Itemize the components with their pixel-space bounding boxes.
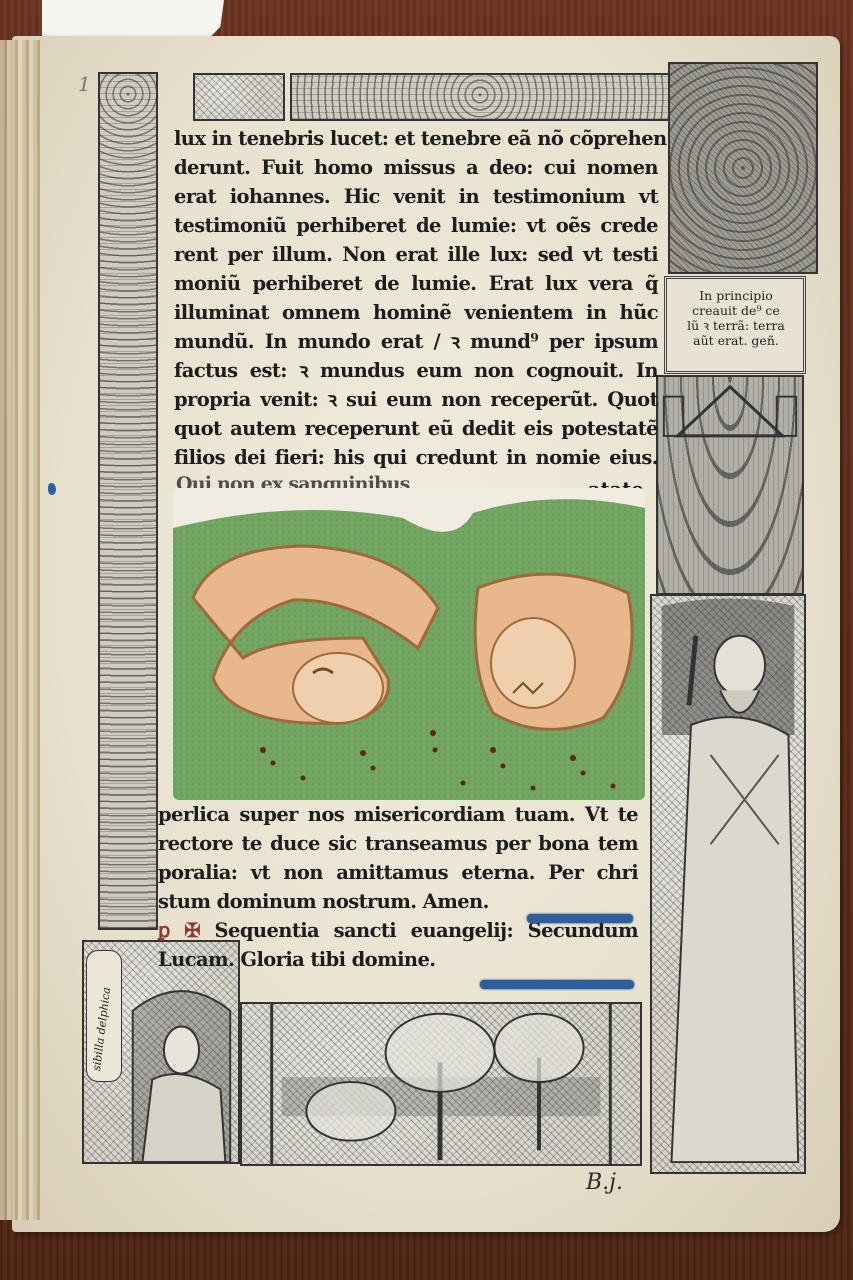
- top-border-woodcut-small: [193, 73, 285, 121]
- text-line: illuminat omnem hominẽ venientem in hũc: [174, 298, 658, 327]
- main-text-upper: lux in tenebris lucet: et tenebre eã nõ …: [174, 124, 658, 472]
- text-line: poralia: vt non amittamus eterna. Per ch…: [158, 858, 638, 887]
- landscape-woodcut: [240, 1002, 642, 1166]
- text-line: mundũ. In mundo erat / ꝛ mund⁹ per ipsum: [174, 327, 658, 356]
- cartouche-line: aũt erat. geñ.: [674, 333, 798, 348]
- reclining-figures-illustration: [173, 488, 645, 800]
- rubric-marker: ꝑ ✠: [158, 919, 200, 942]
- flagellation-woodcut: [668, 62, 818, 274]
- blue-line-filler: [527, 914, 633, 923]
- left-border-woodcut: [98, 72, 158, 930]
- cartouche-text: In principio creauit de⁹ ce lũ ꝛ terrã: …: [674, 288, 798, 348]
- text-line: stum dominum nostrum. Amen.: [158, 887, 638, 916]
- text-line: filios dei fieri: his qui credunt in nom…: [174, 443, 658, 472]
- ink-spot: [48, 483, 56, 495]
- text-line: rectore te duce sic transeamus per bona …: [158, 829, 638, 858]
- cartouche-line: lũ ꝛ terrã: terra: [674, 318, 798, 333]
- folio-pencil-mark: 1: [78, 72, 91, 96]
- cartouche-line: In principio: [674, 288, 798, 303]
- signature-mark: B.j.: [586, 1170, 623, 1195]
- text-line: lux in tenebris lucet: et tenebre eã nõ …: [174, 124, 658, 153]
- blue-line-filler: [480, 980, 634, 989]
- text-line: perlica super nos misericordiam tuam. Vt…: [158, 800, 638, 829]
- prophet-figure-icon: [652, 596, 804, 1172]
- text-line: moniũ perhiberet de lumie. Erat lux vera…: [174, 269, 658, 298]
- sequence-line-2: Lucam. Gloria tibi domine.: [158, 945, 638, 974]
- text-line: propria venit: ꝛ sui eum non receperũt. …: [174, 385, 658, 414]
- main-text-lower: perlica super nos misericordiam tuam. Vt…: [158, 800, 638, 974]
- trees-landscape-icon: [242, 1004, 640, 1164]
- binding-edge: [0, 40, 40, 1220]
- text-line: factus est: ꝛ mundus eum non cognouit. I…: [174, 356, 658, 385]
- top-border-woodcut-floral: [290, 73, 670, 121]
- hand-colored-miniature: [173, 488, 645, 800]
- text-line: derunt. Fuit homo missus a deo: cui nome…: [174, 153, 658, 182]
- roof-gable-icon: [658, 377, 802, 593]
- text-line: erat iohannes. Hic venit in testimonium …: [174, 182, 658, 211]
- cartouche-line: creauit de⁹ ce: [674, 303, 798, 318]
- architecture-clouds-woodcut: [656, 375, 804, 595]
- text-line: quot autem receperunt eũ dedit eis potes…: [174, 414, 658, 443]
- paper-scrap: [42, 0, 224, 38]
- prophet-woodcut: [650, 594, 806, 1174]
- text-line: testimoniũ perhiberet de lumie: vt oẽs c…: [174, 211, 658, 240]
- text-line: rent per illum. Non erat ille lux: sed v…: [174, 240, 658, 269]
